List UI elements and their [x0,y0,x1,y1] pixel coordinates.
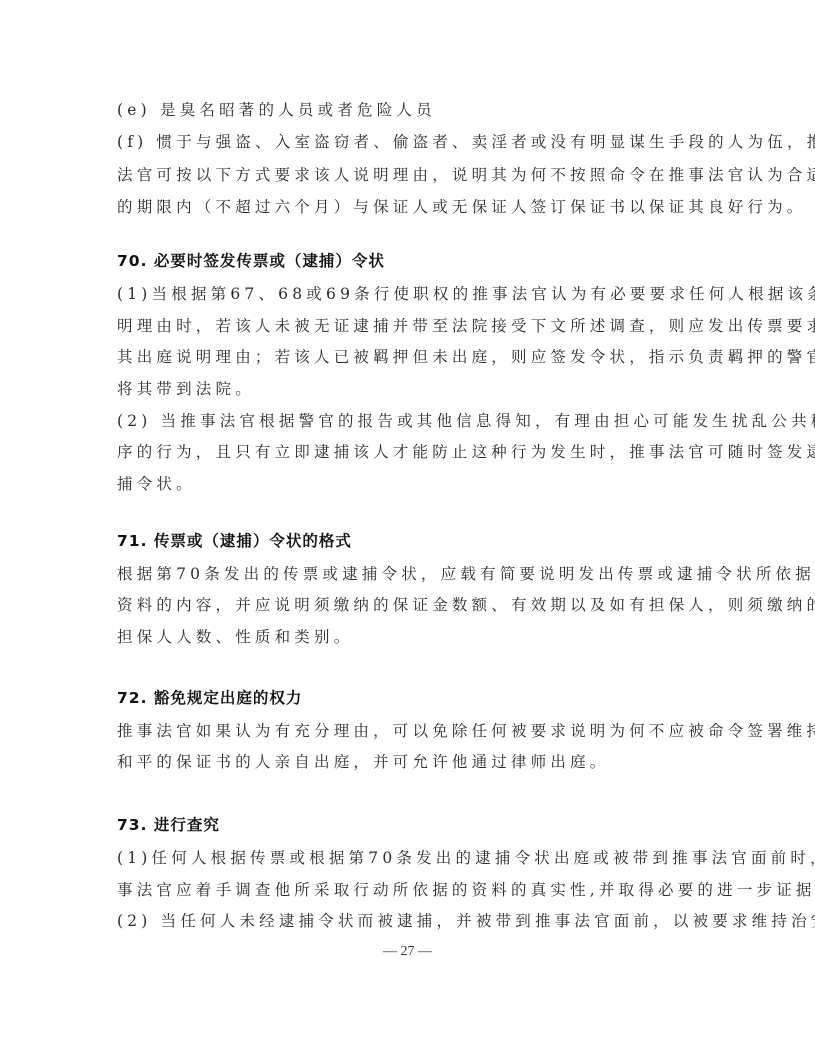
paragraph-line: 其出庭说明理由；若该人已被羁押但未出庭，则应签发令状，指示负责羁押的警官 [117,347,697,367]
paragraph-line: 的期限内（不超过六个月）与保证人或无保证人签订保证书以保证其良好行为。 [117,197,697,217]
paragraph-line: 法官可按以下方式要求该人说明理由，说明其为何不按照命令在推事法官认为合适 [117,165,697,185]
section-heading-71: 71. 传票或（逮捕）令状的格式 [117,531,352,551]
section-heading-70: 70. 必要时签发传票或（逮捕）令状 [117,251,385,271]
paragraph-line: 推事法官如果认为有充分理由，可以免除任何被要求说明为何不应被命令签署维持 [117,721,697,741]
section-heading-73: 73. 进行查究 [117,815,220,835]
paragraph-line: 资料的内容，并应说明须缴纳的保证金数额、有效期以及如有担保人，则须缴纳的 [117,595,697,615]
paragraph-line: (2) 当推事法官根据警官的报告或其他信息得知，有理由担心可能发生扰乱公共秩 [117,411,697,431]
paragraph-line: (1)当根据第67、68或69条行使职权的推事法官认为有必要要求任何人根据该条款… [117,284,697,304]
paragraph-line: 担保人人数、性质和类别。 [117,627,697,647]
paragraph-line: (1)任何人根据传票或根据第70条发出的逮捕令状出庭或被带到推事法官面前时，推 [117,848,697,868]
page-number: — 27 — [0,944,815,960]
paragraph-line: (2) 当任何人未经逮捕令状而被逮捕，并被带到推事法官面前，以被要求维持治安 [117,911,697,931]
paragraph-line: (f) 惯于与强盗、入室盗窃者、偷盗者、卖淫者或没有明显谋生手段的人为伍，推事 [117,132,697,152]
section-heading-72: 72. 豁免规定出庭的权力 [117,688,302,708]
paragraph-line: 根据第70条发出的传票或逮捕令状，应载有简要说明发出传票或逮捕令状所依据的 [117,564,697,584]
paragraph-line: 事法官应着手调查他所采取行动所依据的资料的真实性,并取得必要的进一步证据。 [117,880,697,900]
paragraph-line: 捕令状。 [117,474,697,494]
paragraph-line: 序的行为，且只有立即逮捕该人才能防止这种行为发生时，推事法官可随时签发逮 [117,442,697,462]
paragraph-line: 将其带到法院。 [117,379,697,399]
paragraph-line: 和平的保证书的人亲自出庭，并可允许他通过律师出庭。 [117,752,697,772]
paragraph-line: (e) 是臭名昭著的人员或者危险人员 [117,100,697,120]
paragraph-line: 明理由时，若该人未被无证逮捕并带至法院接受下文所述调查，则应发出传票要求 [117,316,697,336]
document-page: (e) 是臭名昭著的人员或者危险人员 (f) 惯于与强盗、入室盗窃者、偷盗者、卖… [0,0,815,1055]
